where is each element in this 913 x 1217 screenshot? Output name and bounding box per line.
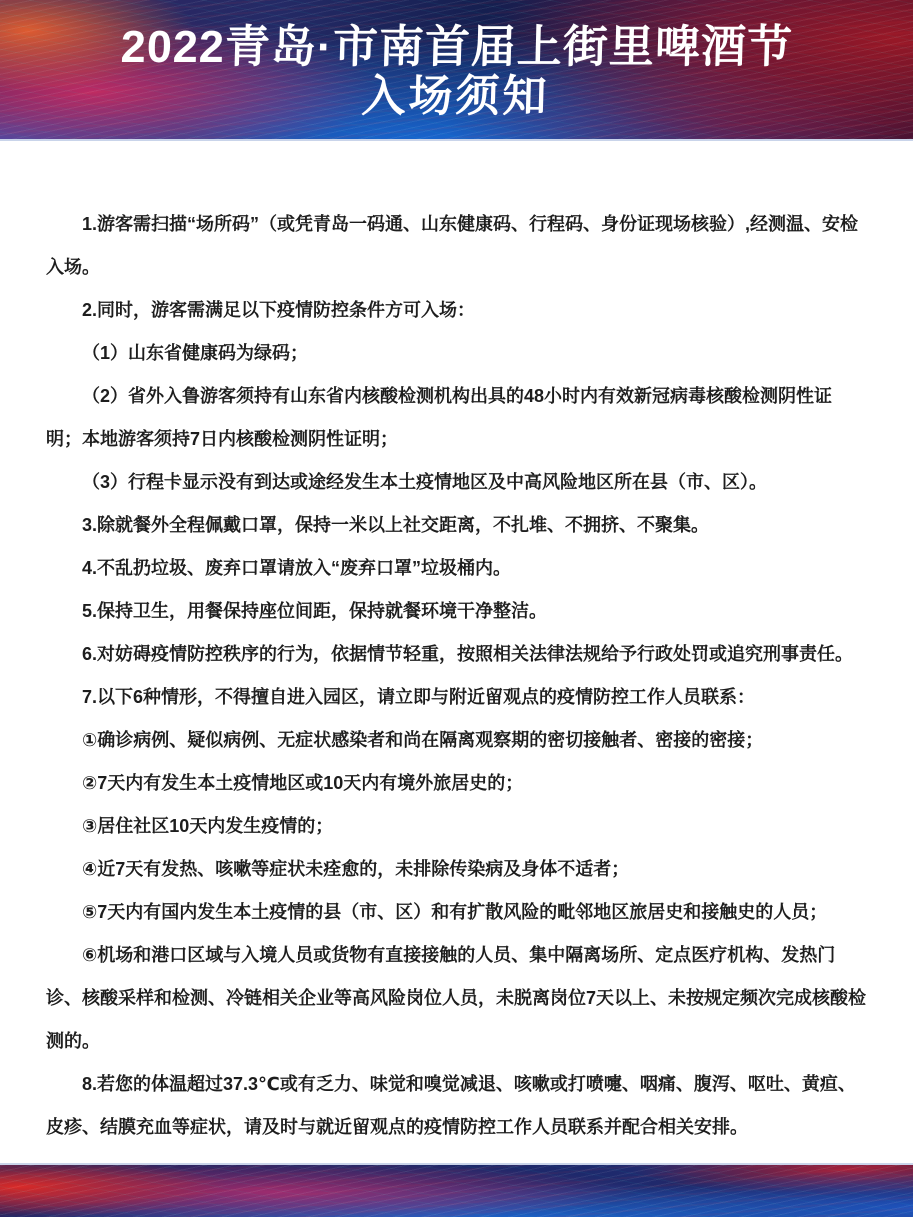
notice-paragraph-13: ③居住社区10天内发生疫情的； — [46, 805, 867, 848]
notice-paragraph-10: 7.以下6种情形，不得擅自进入园区，请立即与附近留观点的疫情防控工作人员联系： — [46, 676, 867, 719]
notice-paragraph-5: （3）行程卡显示没有到达或途经发生本土疫情地区及中高风险地区所在县（市、区）。 — [46, 461, 867, 504]
notice-paragraph-2: 2.同时，游客需满足以下疫情防控条件方可入场： — [46, 289, 867, 332]
page-title: 入场须知 — [0, 73, 913, 121]
notice-paragraph-11: ①确诊病例、疑似病例、无症状感染者和尚在隔离观察期的密切接触者、密接的密接； — [46, 719, 867, 762]
event-title: 2022青岛·市南首届上街里啤酒节 — [0, 21, 913, 73]
notice-poster: 2022青岛·市南首届上街里啤酒节 入场须知 1.游客需扫描“场所码”（或凭青岛… — [0, 0, 913, 1217]
notice-paragraph-4: （2）省外入鲁游客须持有山东省内核酸检测机构出具的48小时内有效新冠病毒核酸检测… — [46, 375, 867, 461]
notice-paragraph-15: ⑤7天内有国内发生本土疫情的县（市、区）和有扩散风险的毗邻地区旅居史和接触史的人… — [46, 891, 867, 934]
header-title-block: 2022青岛·市南首届上街里啤酒节 入场须知 — [0, 0, 913, 121]
footer-banner — [0, 1163, 913, 1217]
notice-paragraph-3: （1）山东省健康码为绿码； — [46, 332, 867, 375]
notice-paragraph-17: 8.若您的体温超过37.3℃或有乏力、味觉和嗅觉减退、咳嗽或打喷嚏、咽痛、腹泻、… — [46, 1063, 867, 1149]
notice-paragraph-12: ②7天内有发生本土疫情地区或10天内有境外旅居史的； — [46, 762, 867, 805]
notice-paragraph-7: 4.不乱扔垃圾、废弃口罩请放入“废弃口罩”垃圾桶内。 — [46, 547, 867, 590]
notice-body: 1.游客需扫描“场所码”（或凭青岛一码通、山东健康码、行程码、身份证现场核验）,… — [0, 141, 913, 1163]
notice-paragraph-9: 6.对妨碍疫情防控秩序的行为，依据情节轻重，按照相关法律法规给予行政处罚或追究刑… — [46, 633, 867, 676]
header-banner: 2022青岛·市南首届上街里啤酒节 入场须知 — [0, 0, 913, 141]
notice-paragraph-1: 1.游客需扫描“场所码”（或凭青岛一码通、山东健康码、行程码、身份证现场核验）,… — [46, 203, 867, 289]
notice-paragraph-6: 3.除就餐外全程佩戴口罩，保持一米以上社交距离，不扎堆、不拥挤、不聚集。 — [46, 504, 867, 547]
notice-paragraph-16: ⑥机场和港口区域与入境人员或货物有直接接触的人员、集中隔离场所、定点医疗机构、发… — [46, 934, 867, 1063]
notice-paragraph-8: 5.保持卫生，用餐保持座位间距，保持就餐环境干净整洁。 — [46, 590, 867, 633]
notice-paragraph-14: ④近7天有发热、咳嗽等症状未痊愈的，未排除传染病及身体不适者； — [46, 848, 867, 891]
